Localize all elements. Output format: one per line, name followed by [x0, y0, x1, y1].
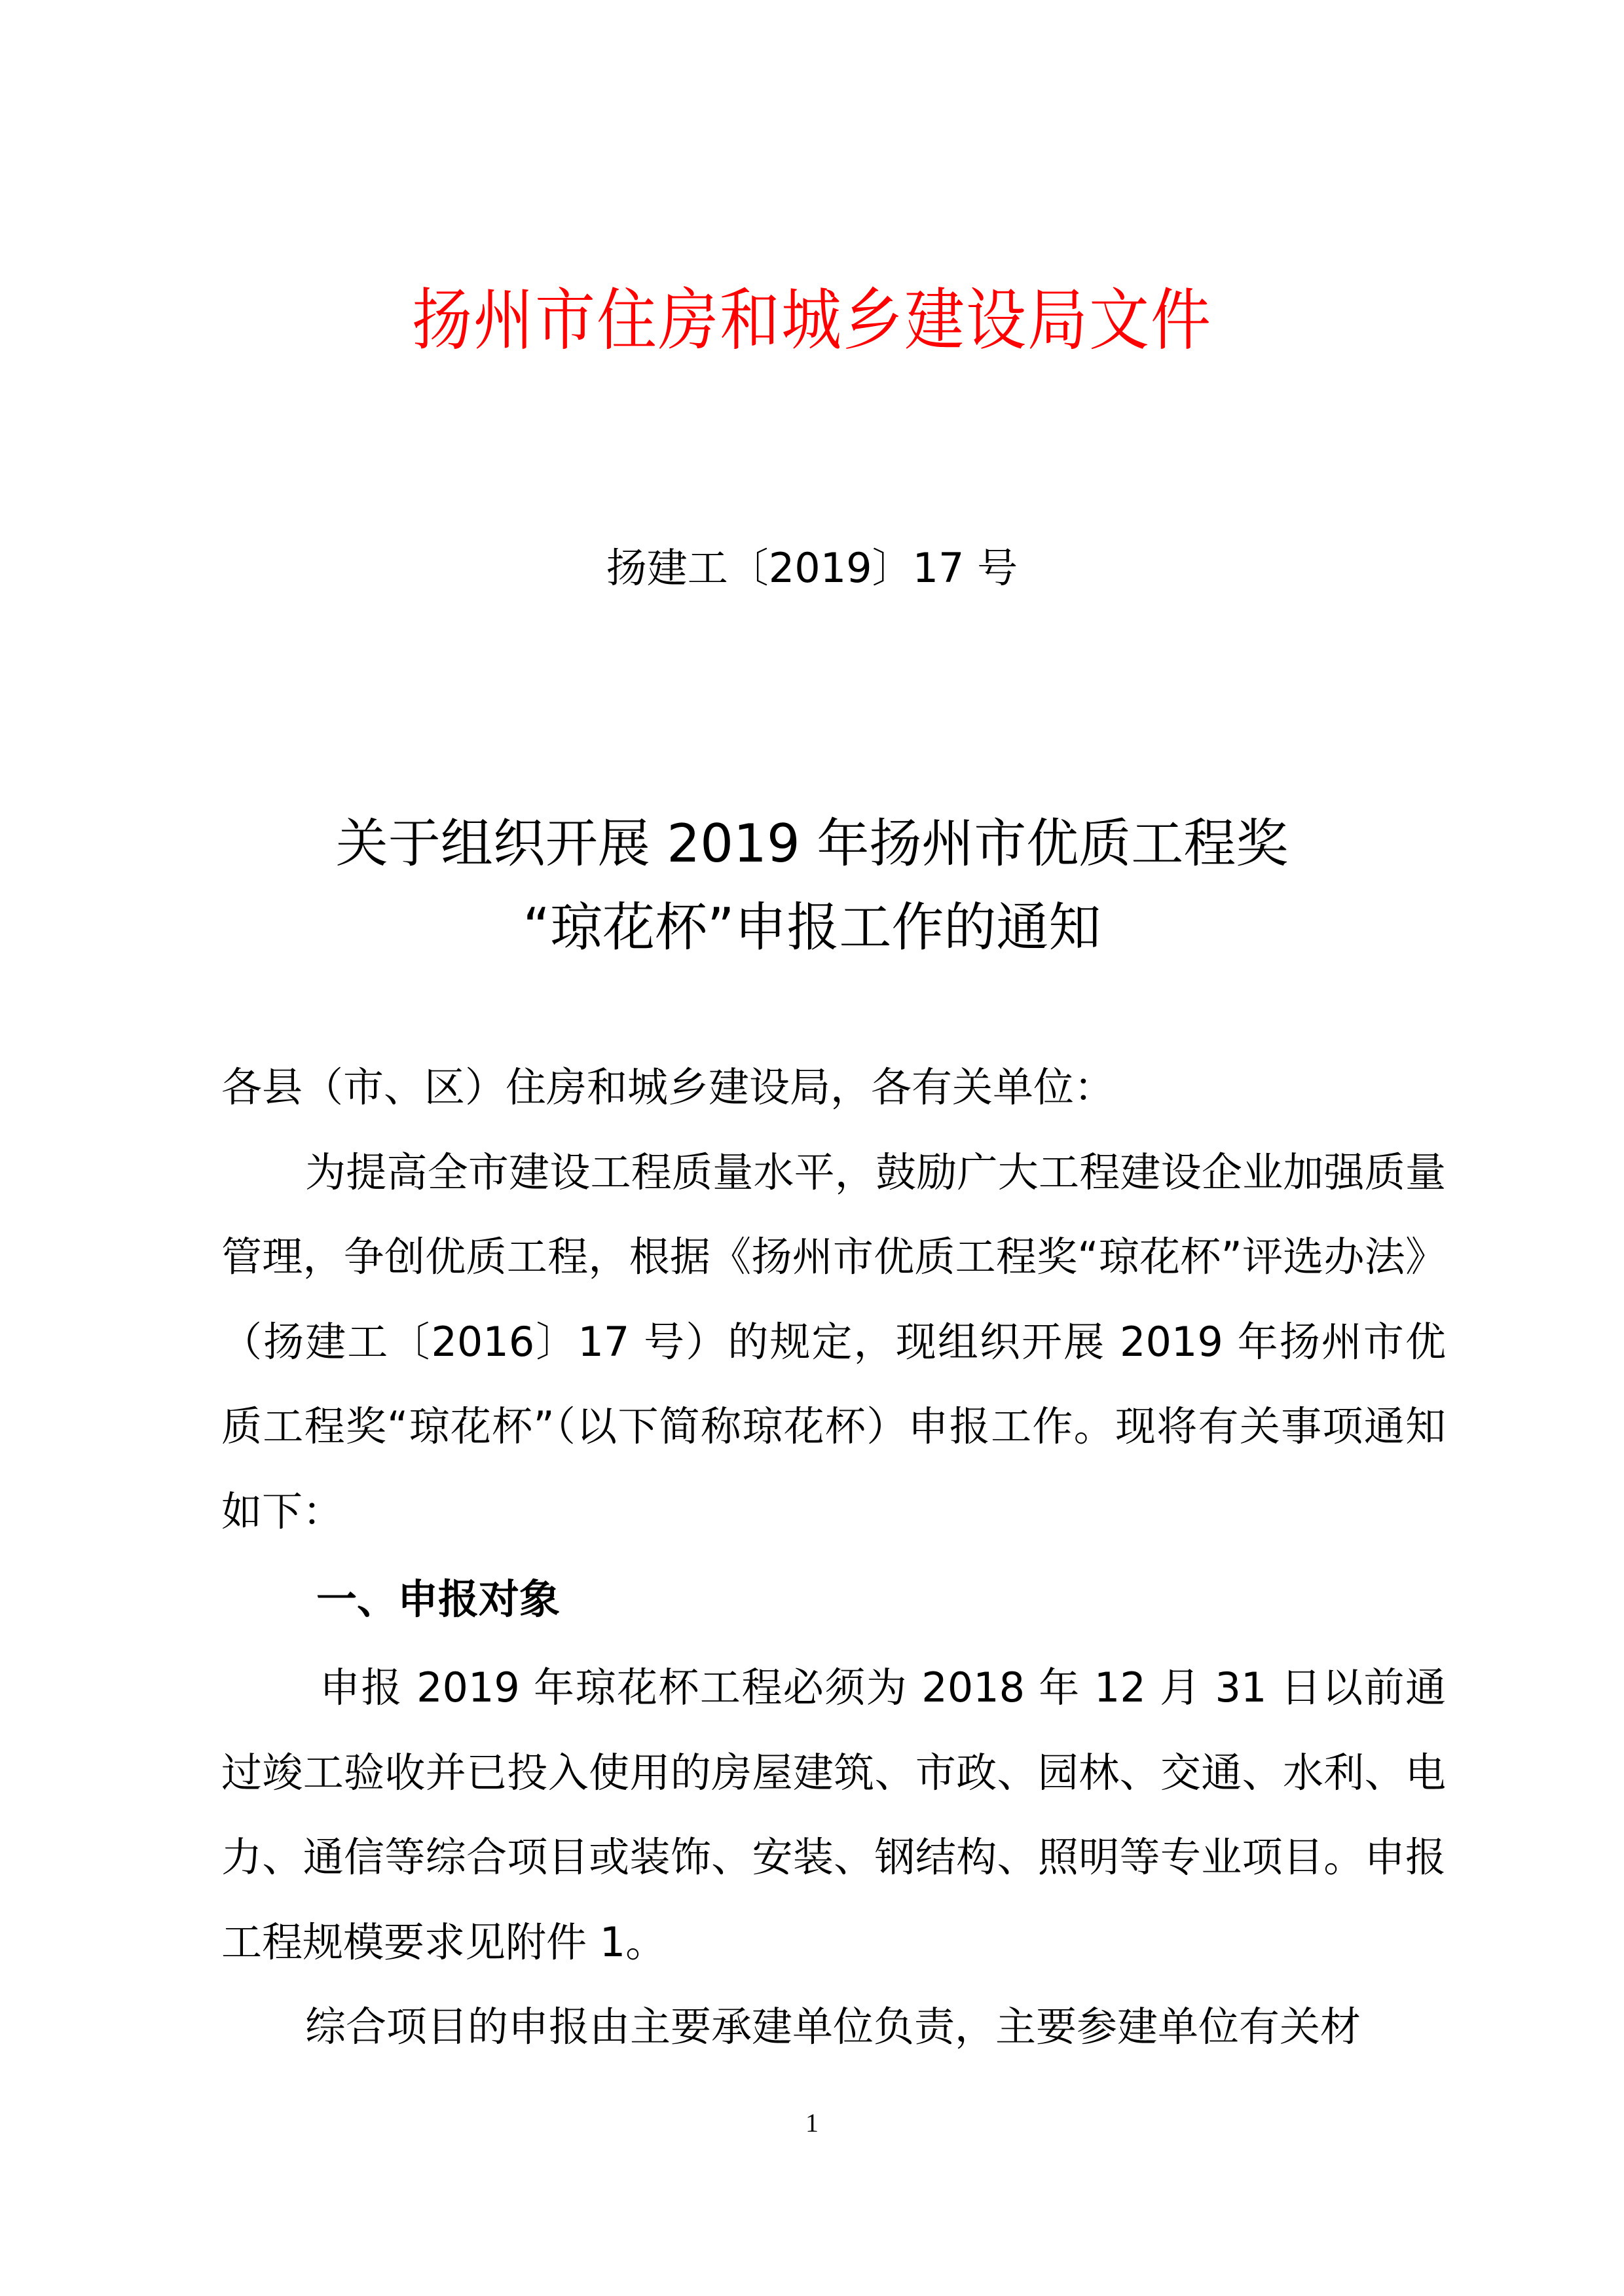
document-title: 关于组织开展 2019 年扬州市优质工程奖 “琼花杯”申报工作的通知 [0, 802, 1624, 970]
title-line-1: 关于组织开展 2019 年扬州市优质工程奖 [0, 802, 1624, 886]
section-heading-1: 一、申报对象 [221, 1554, 1446, 1645]
page-number: 1 [0, 2107, 1624, 2140]
intro-paragraph: 为提高全市建设工程质量水平，鼓励广大工程建设企业加强质量管理，争创优质工程，根据… [221, 1130, 1446, 1554]
section-1-paragraph-1: 申报 2019 年琼花杯工程必须为 2018 年 12 月 31 日以前通过竣工… [221, 1645, 1446, 1984]
document-body: 各县（市、区）住房和城乡建设局，各有关单位： 为提高全市建设工程质量水平，鼓励广… [221, 1045, 1446, 2069]
section-1-paragraph-2: 综合项目的申报由主要承建单位负责，主要参建单位有关材 [221, 1984, 1446, 2069]
document-page: 扬州市住房和城乡建设局文件 扬建工〔2019〕17 号 关于组织开展 2019 … [0, 0, 1624, 2296]
issuer-header: 扬州市住房和城乡建设局文件 [0, 277, 1624, 365]
document-number: 扬建工〔2019〕17 号 [0, 542, 1624, 594]
salutation: 各县（市、区）住房和城乡建设局，各有关单位： [221, 1045, 1446, 1130]
title-line-2: “琼花杯”申报工作的通知 [0, 886, 1624, 970]
